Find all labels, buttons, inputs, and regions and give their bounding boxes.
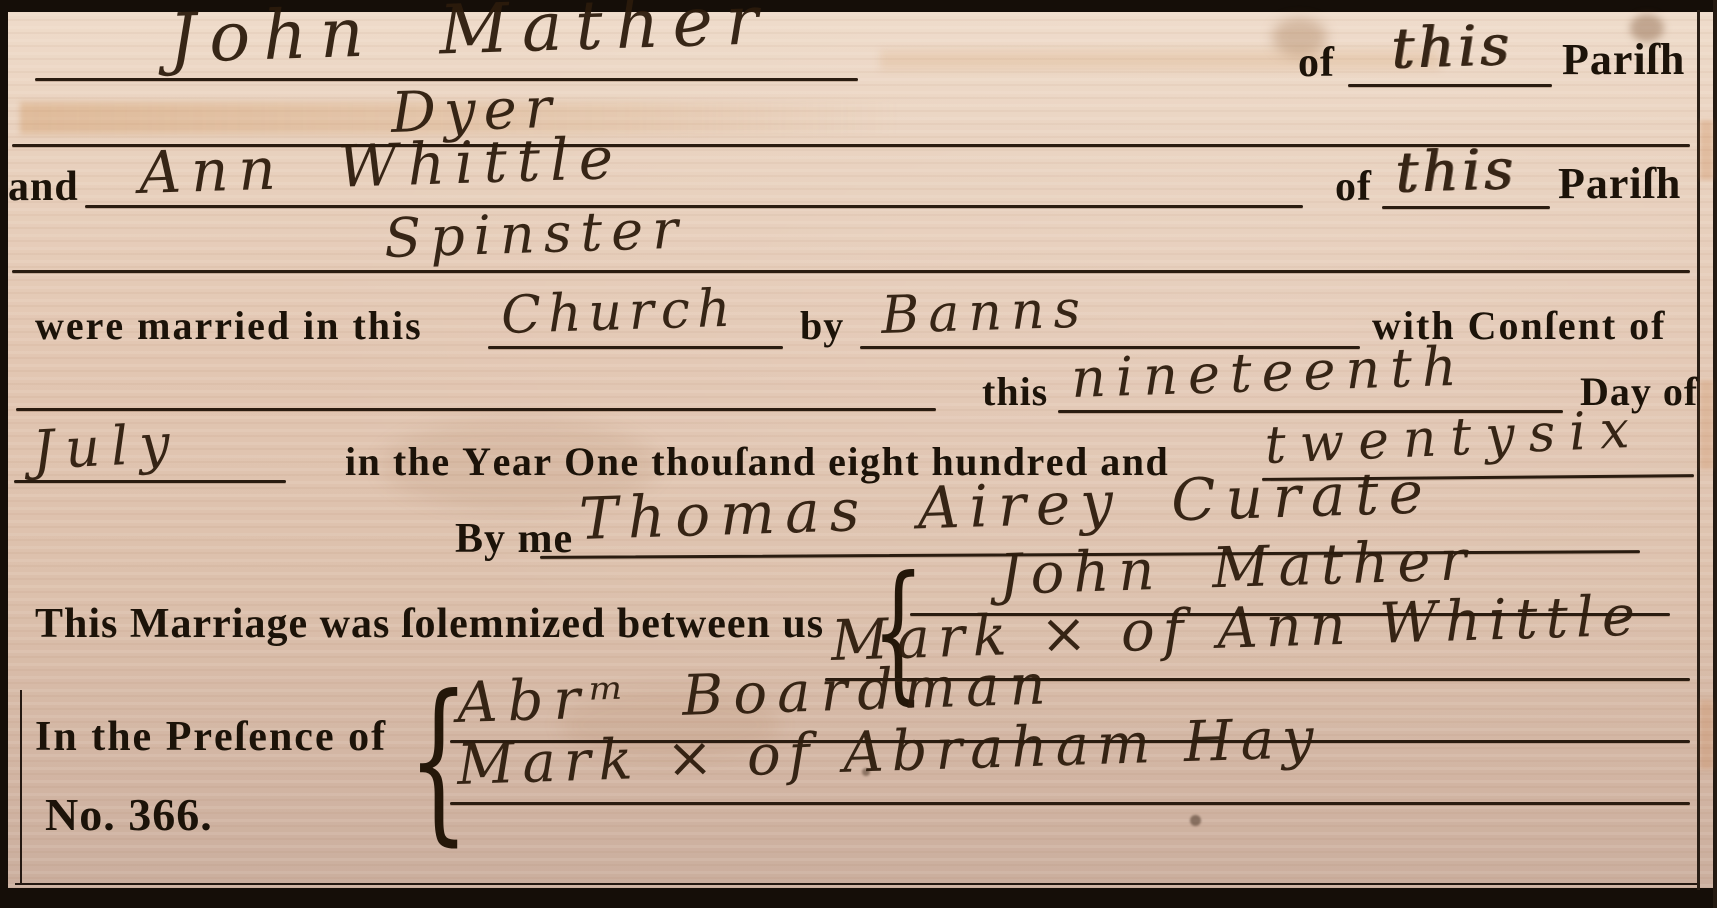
witness2-rule: [450, 802, 1690, 805]
stain: [1190, 815, 1201, 826]
left-border: [0, 0, 8, 908]
stain: [1700, 120, 1713, 180]
bottom-inner-rule: [15, 883, 1697, 885]
stain: [880, 50, 1440, 70]
place-rule: [488, 346, 783, 349]
stain: [1700, 380, 1713, 470]
bride-residence-handwritten: this: [1394, 142, 1517, 202]
by-me-label: By me: [455, 518, 573, 560]
day-handwritten: nineteenth: [1070, 340, 1467, 406]
bride-of-label: of: [1335, 166, 1372, 208]
marriage-register-scan: John Mather of this Pariſh Dyer and Ann …: [0, 0, 1717, 908]
groom-parish-label: Pariſh: [1562, 38, 1685, 82]
left-inner-rule: [20, 690, 22, 884]
consent-blank-rule: [16, 408, 936, 411]
bride-name-handwritten: Ann Whittle: [138, 129, 624, 202]
married-in-label: were married in this: [35, 306, 423, 346]
bride-condition-handwritten: Spinster: [383, 203, 687, 266]
groom-name-handwritten: John Mather: [168, 0, 772, 74]
method-handwritten: Banns: [880, 283, 1089, 342]
bottom-border: [0, 888, 1717, 908]
stain: [1700, 700, 1713, 770]
month-handwritten: July: [31, 416, 182, 478]
this-label: this: [982, 372, 1048, 412]
groom-residence-rule: [1348, 84, 1552, 87]
groom-of-label: of: [1298, 42, 1335, 84]
and-label: and: [8, 166, 79, 208]
condition-rule: [12, 270, 1690, 273]
bride-name-rule: [85, 205, 1303, 208]
entry-number-label: No. 366.: [45, 792, 213, 838]
groom-residence-handwritten: this: [1390, 18, 1513, 78]
bride-residence-rule: [1382, 206, 1550, 209]
right-outer-edge: [1713, 0, 1717, 908]
presence-label: In the Preſence of: [35, 716, 387, 758]
place-handwritten: Church: [500, 283, 738, 342]
right-page-edge-line: [1697, 10, 1700, 890]
bride-parish-label: Pariſh: [1558, 162, 1681, 206]
solemnized-label: This Marriage was ſolemnized between us: [35, 603, 824, 645]
by-label: by: [800, 306, 844, 346]
